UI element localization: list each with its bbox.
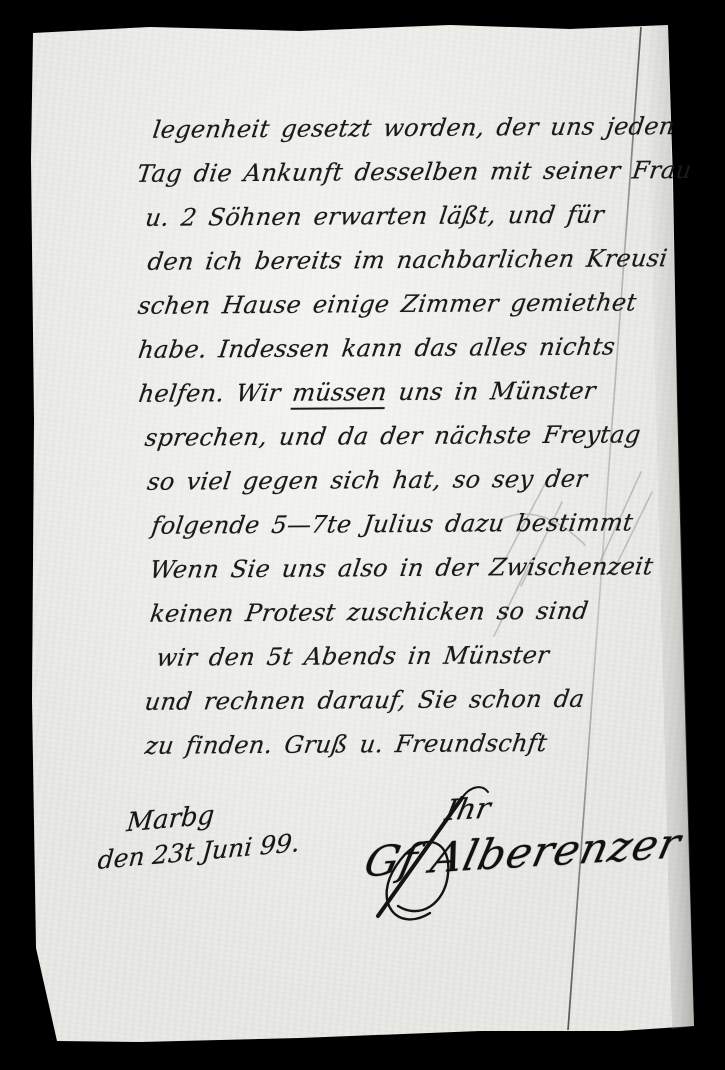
scan-background: legenheit gesetzt worden, der uns jeden …	[0, 0, 725, 1070]
underlined-word: müssen	[290, 378, 388, 410]
handwriting-line: Wenn Sie uns also in der Zwischenzeit	[147, 544, 683, 592]
handwriting-line: wir den 5t Abends in Münster	[154, 632, 684, 680]
letter-body: legenheit gesetzt worden, der uns jeden …	[134, 104, 679, 768]
handwriting-line: so viel gegen sich hat, so sey der	[144, 456, 682, 504]
handwriting-line: legenheit gesetzt worden, der uns jeden	[150, 104, 680, 152]
line-segment: uns in Münster	[385, 377, 598, 406]
handwriting-line: den ich bereits im nachbarlichen Kreusi	[145, 236, 681, 284]
handwriting-line: sprechen, und da der nächste Freytag	[142, 412, 682, 460]
handwriting-line: u. 2 Söhnen erwarten läßt, und für	[143, 192, 681, 240]
line-segment: helfen. Wir	[137, 379, 295, 408]
handwriting-line: zu finden. Gruß u. Freundschft	[142, 720, 684, 768]
handwriting-line: und rechnen darauf, Sie schon da	[142, 676, 684, 724]
handwriting-line: keinen Protest zuschicken so sind	[147, 588, 683, 636]
closing-salutation: Ihr	[442, 791, 493, 827]
handwriting-line: helfen. Wir müssen uns in Münster	[136, 368, 682, 416]
handwriting-line: habe. Indessen kann das alles nichts	[136, 324, 682, 372]
handwriting-line: folgende 5—7te Julius dazu bestimmt	[149, 500, 683, 548]
handwriting-line: schen Hause einige Zimmer gemiethet	[135, 280, 681, 328]
handwriting-line: Tag die Ankunft desselben mit seiner Fra…	[134, 148, 680, 196]
